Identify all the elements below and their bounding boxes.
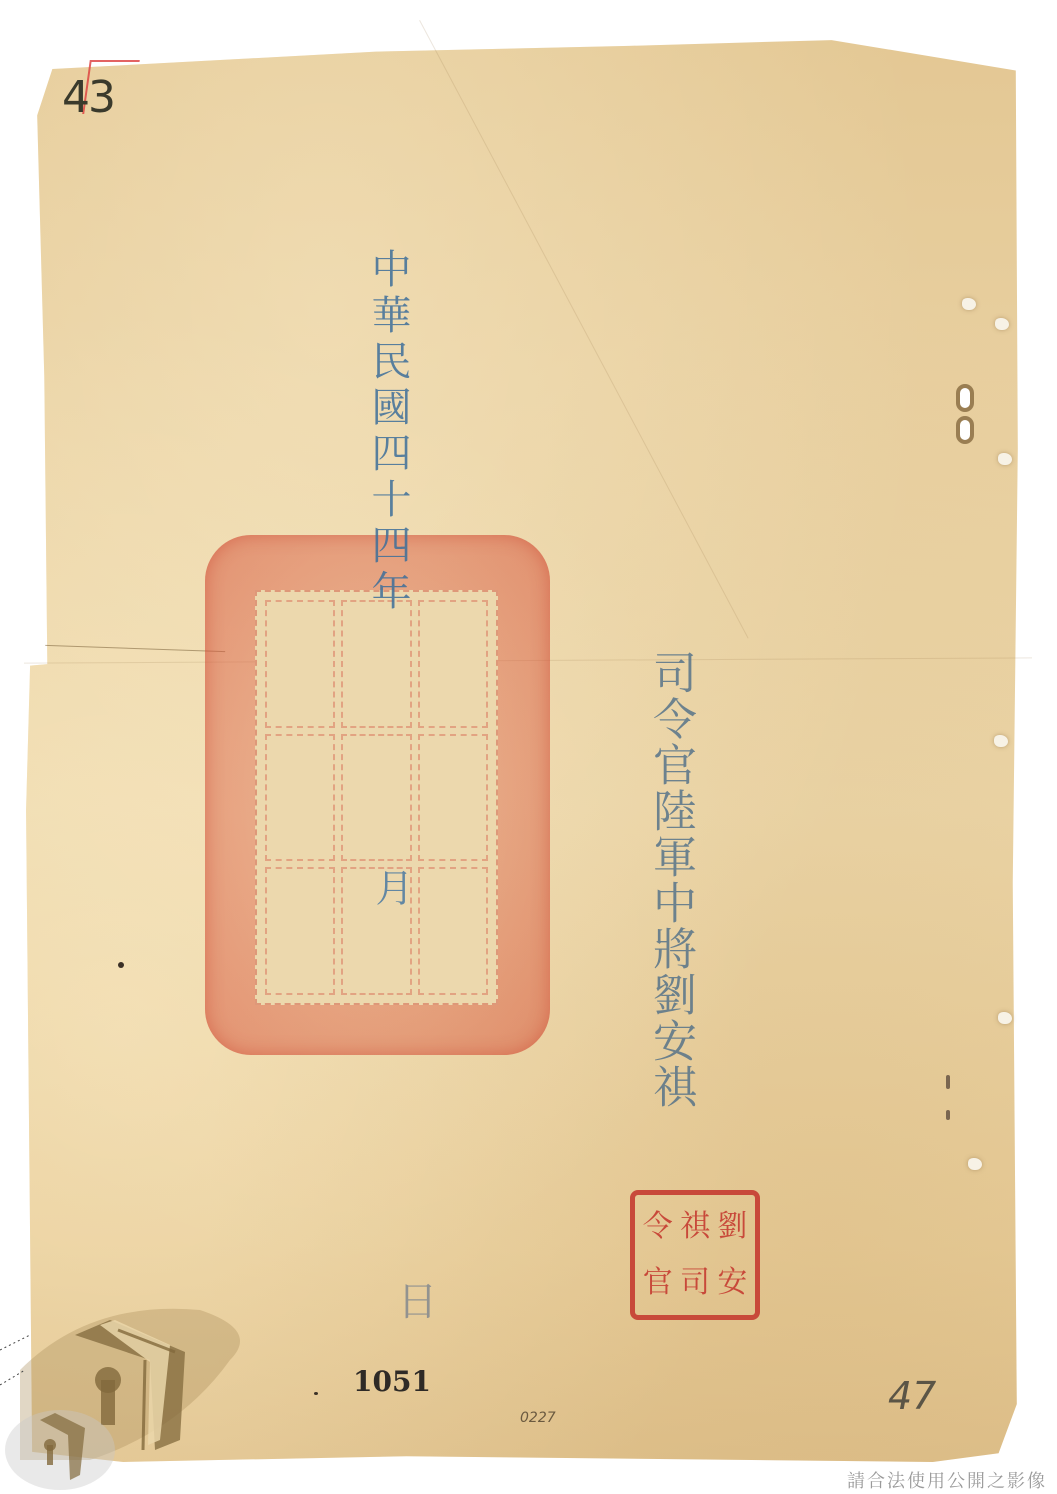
seal-char <box>418 734 488 862</box>
seal-char <box>418 867 488 995</box>
seal-char <box>341 600 411 728</box>
seal-char <box>265 867 335 995</box>
seal-character-grid <box>265 600 488 995</box>
seal-char <box>265 734 335 862</box>
binding-hole <box>995 318 1009 330</box>
binding-hole <box>998 453 1012 465</box>
personal-seal: 劉 安 祺 司 令 官 <box>630 1190 760 1320</box>
binding-hole <box>998 1012 1012 1024</box>
seal-char: 劉 <box>714 1199 751 1255</box>
stain-mark <box>946 1075 950 1089</box>
usage-watermark: 請合法使用公開之影像 <box>847 1467 1047 1493</box>
page-number-top: 43 <box>62 72 114 123</box>
ink-dot <box>118 962 124 968</box>
binding-hole <box>960 420 970 440</box>
seal-char <box>341 734 411 862</box>
seal-char: 司 <box>676 1255 713 1311</box>
date-day: 日 <box>394 1280 434 1330</box>
signature-column: 司令官陸軍中將劉安祺 <box>648 650 692 1110</box>
stamped-number: 1051 <box>353 1365 431 1398</box>
seal-char: 官 <box>639 1255 676 1311</box>
seal-char: 令 <box>639 1199 676 1255</box>
binding-hole <box>962 298 976 310</box>
stain-mark <box>946 1110 950 1120</box>
note-number: 0227 <box>520 1410 556 1426</box>
seal-char: 安 <box>714 1255 751 1311</box>
archive-logo-icon <box>0 1290 250 1490</box>
seal-char <box>265 600 335 728</box>
binding-hole <box>994 735 1008 747</box>
seal-char: 祺 <box>676 1199 713 1255</box>
page-number-bottom: 47 <box>888 1374 936 1418</box>
binding-hole <box>960 388 970 408</box>
date-column: 中華民國四十四年 <box>368 248 408 616</box>
ink-dot <box>314 1392 318 1395</box>
binding-hole <box>968 1158 982 1170</box>
seal-char <box>418 600 488 728</box>
date-month: 月 <box>372 868 410 916</box>
seal-inner-field <box>255 590 498 1005</box>
